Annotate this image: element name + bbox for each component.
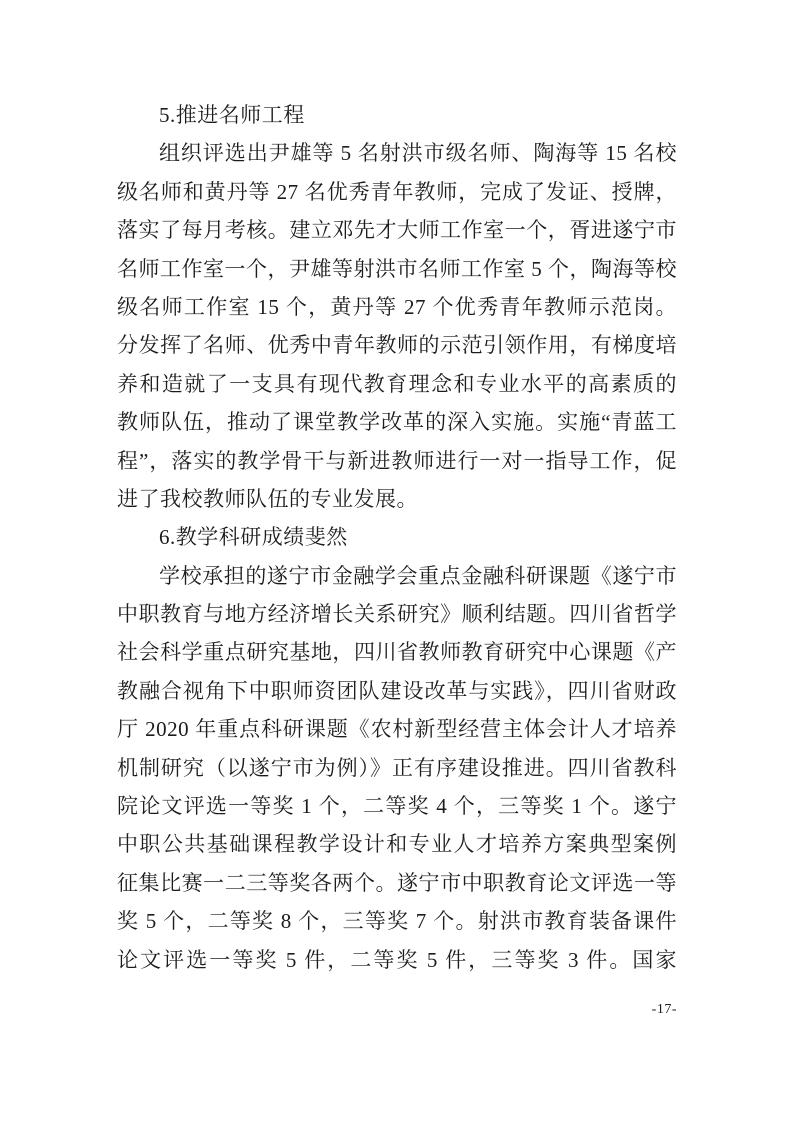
- text-line: 教融合视角下中职师资团队建设改革与实践》，四川省财政: [117, 672, 677, 710]
- text-column: 5.推进名师工程 组织评选出尹雄等 5 名射洪市级名师、陶海等 15 名校 级名…: [117, 96, 677, 979]
- document-page: 5.推进名师工程 组织评选出尹雄等 5 名射洪市级名师、陶海等 15 名校 级名…: [0, 0, 793, 1122]
- text-line: 学校承担的遂宁市金融学会重点金融科研课题《遂宁市: [117, 557, 677, 595]
- text-line: 养和造就了一支具有现代教育理念和专业水平的高素质的: [117, 365, 677, 403]
- text-line: 级名师和黄丹等 27 名优秀青年教师，完成了发证、授牌，: [117, 173, 677, 211]
- text-line: 社会科学重点研究基地，四川省教师教育研究中心课题《产: [117, 633, 677, 671]
- page-number: -17-: [652, 1002, 677, 1018]
- text-line: 奖 5 个，二等奖 8 个，三等奖 7 个。射洪市教育装备课件和: [117, 902, 677, 940]
- text-line: 院论文评选一等奖 1 个，二等奖 4 个，三等奖 1 个。遂宁市: [117, 787, 677, 825]
- text-line: 分发挥了名师、优秀中青年教师的示范引领作用，有梯度培: [117, 326, 677, 364]
- text-line: 教师队伍，推动了课堂教学改革的深入实施。实施“青蓝工: [117, 403, 677, 441]
- text-line: 中职公共基础课程教学设计和专业人才培养方案典型案例: [117, 825, 677, 863]
- text-line: 进了我校教师队伍的专业发展。: [117, 480, 677, 518]
- text-line: 征集比赛一二三等奖各两个。遂宁市中职教育论文评选一等: [117, 864, 677, 902]
- text-line: 机制研究（以遂宁市为例）》正有序建设推进。四川省教科: [117, 749, 677, 787]
- text-line: 论文评选一等奖 5 件，二等奖 5 件，三等奖 3 件。国家级、: [117, 941, 677, 979]
- section-heading: 6.教学科研成绩斐然: [117, 518, 677, 556]
- text-line: 中职教育与地方经济增长关系研究》顺利结题。四川省哲学: [117, 595, 677, 633]
- text-line: 级名师工作室 15 个，黄丹等 27 个优秀青年教师示范岗。充: [117, 288, 677, 326]
- text-line: 名师工作室一个，尹雄等射洪市名师工作室 5 个，陶海等校: [117, 250, 677, 288]
- text-line: 组织评选出尹雄等 5 名射洪市级名师、陶海等 15 名校: [117, 134, 677, 172]
- text-line: 程”，落实的教学骨干与新进教师进行一对一指导工作，促: [117, 442, 677, 480]
- text-line: 厅 2020 年重点科研课题《农村新型经营主体会计人才培养: [117, 710, 677, 748]
- text-line: 落实了每月考核。建立邓先才大师工作室一个，胥进遂宁市: [117, 211, 677, 249]
- section-heading: 5.推进名师工程: [117, 96, 677, 134]
